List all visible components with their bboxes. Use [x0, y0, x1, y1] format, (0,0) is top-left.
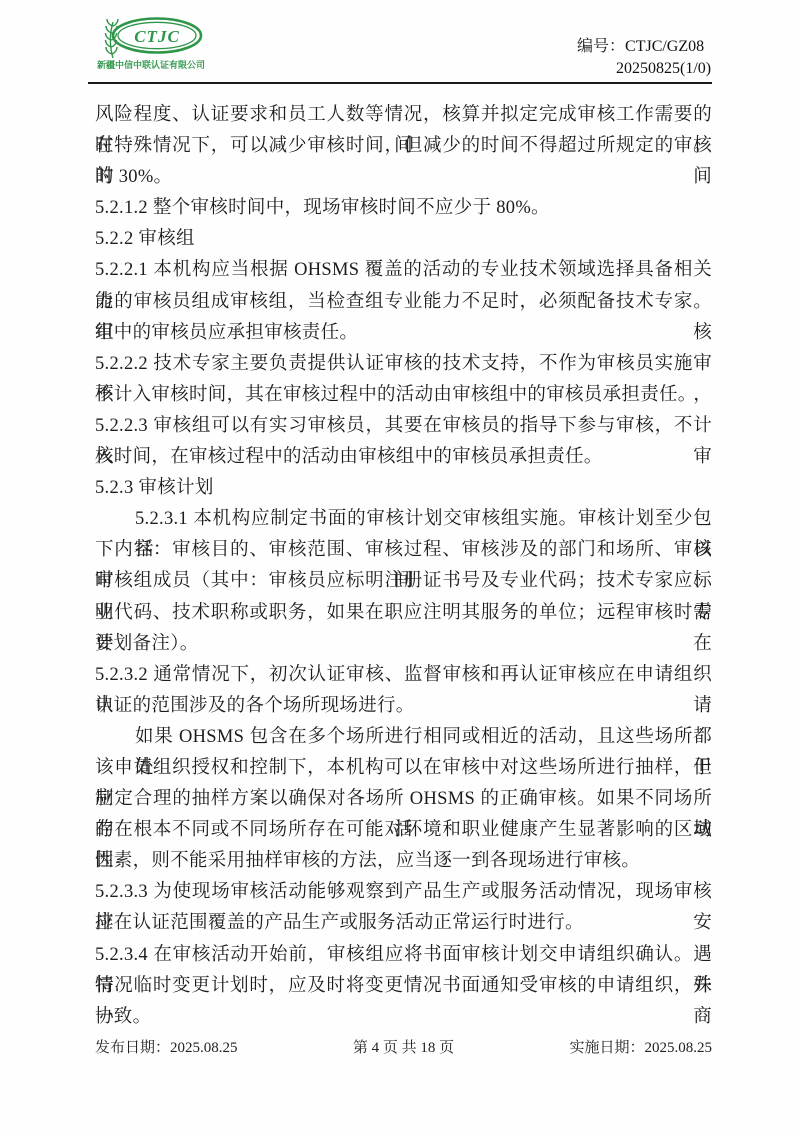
body-text-line: 审核组成员（其中：审核员应标明注册证书号及专业代码；技术专家应标明专	[95, 566, 712, 597]
body-text-line: 业代码、技术职称或职务，如果在职应注明其服务的单位；远程审核时需要在	[95, 598, 712, 629]
document-id-block: 编号：CTJC/GZ08 20250825(1/0)	[577, 36, 737, 80]
page-number: 第 4 页 共 18 页	[353, 1036, 454, 1057]
doc-number-value: CTJC/GZ08	[625, 38, 704, 55]
body-text-line: 该申请组织授权和控制下，本机构可以在审核中对这些场所进行抽样，但应	[95, 753, 712, 784]
body-text-line: 不计入审核时间，其在审核过程中的活动由审核组中的审核员承担责任。	[95, 380, 712, 411]
body-text-line: 5.2.3.4 在审核活动开始前，审核组应将书面审核计划交申请组织确认。遇特殊	[95, 940, 712, 971]
page-footer: 发布日期：2025.08.25 第 4 页 共 18 页 实施日期：2025.0…	[95, 1036, 712, 1057]
body-text-line: 5.2.2.2 技术专家主要负责提供认证审核的技术支持，不作为审核员实施审核，	[95, 349, 712, 380]
body-text-line: 存在根本不同或不同场所存在可能对环境和职业健康产生显著影响的区域性	[95, 815, 712, 846]
body-text-line: 5.2.2 审核组	[95, 224, 712, 255]
document-body: 风险程度、认证要求和员工人数等情况，核算并拟定完成审核工作需要的时间。在特殊情况…	[95, 100, 712, 1033]
document-page: CTJC 新疆中信中联认证有限公司 编号：CTJC/GZ08 20250825(…	[0, 0, 800, 1130]
body-text-line: 在特殊情况下，可以减少审核时间，但减少的时间不得超过所规定的审核时间	[95, 131, 712, 162]
doc-issue-value: 20250825(1/0)	[577, 58, 737, 80]
implementation-date: 实施日期：2025.08.25	[569, 1036, 712, 1057]
body-text-line: 情况临时变更计划时，应及时将变更情况书面通知受审核的申请组织，并协商	[95, 971, 712, 1002]
release-date: 发布日期：2025.08.25	[95, 1036, 238, 1057]
body-text-line: 5.2.3.3 为使现场审核活动能够观察到产品生产或服务活动情况，现场审核应安	[95, 877, 712, 908]
company-name: 新疆中信中联认证有限公司	[94, 58, 208, 71]
body-text-line: 5.2.1.2 整个审核时间中，现场审核时间不应少于 80%。	[95, 193, 712, 224]
body-text-line: 因素，则不能采用抽样审核的方法，应当逐一到各现场进行审核。	[95, 846, 712, 877]
body-text-line: 5.2.3 审核计划	[95, 473, 712, 504]
logo-abbr-text: CTJC	[134, 27, 180, 46]
company-logo-icon: CTJC	[96, 16, 208, 60]
body-text-line: 风险程度、认证要求和员工人数等情况，核算并拟定完成审核工作需要的时间。	[95, 100, 712, 131]
body-text-line: 5.2.3.1 本机构应制定书面的审核计划交审核组实施。审核计划至少包括以	[95, 504, 712, 535]
body-text-line: 制定合理的抽样方案以确保对各场所 OHSMS 的正确审核。如果不同场所的活动	[95, 784, 712, 815]
body-text-line: 力的审核员组成审核组，当检查组专业能力不足时，必须配备技术专家。审核	[95, 287, 712, 318]
header-divider	[88, 82, 712, 84]
body-text-line: 5.2.3.2 通常情况下，初次认证审核、监督审核和再认证审核应在申请组织申请	[95, 660, 712, 691]
body-text-line: 5.2.2.1 本机构应当根据 OHSMS 覆盖的活动的专业技术领域选择具备相关…	[95, 255, 712, 286]
doc-number-label: 编号：	[577, 38, 625, 55]
body-text-line: 下内容：审核目的、审核范围、审核过程、审核涉及的部门和场所、审核时间、	[95, 535, 712, 566]
doc-number-line: 编号：CTJC/GZ08	[577, 36, 737, 58]
body-text-line: 5.2.2.3 审核组可以有实习审核员，其要在审核员的指导下参与审核，不计入审	[95, 411, 712, 442]
body-text-line: 如果 OHSMS 包含在多个场所进行相同或相近的活动，且这些场所都处于	[95, 722, 712, 753]
